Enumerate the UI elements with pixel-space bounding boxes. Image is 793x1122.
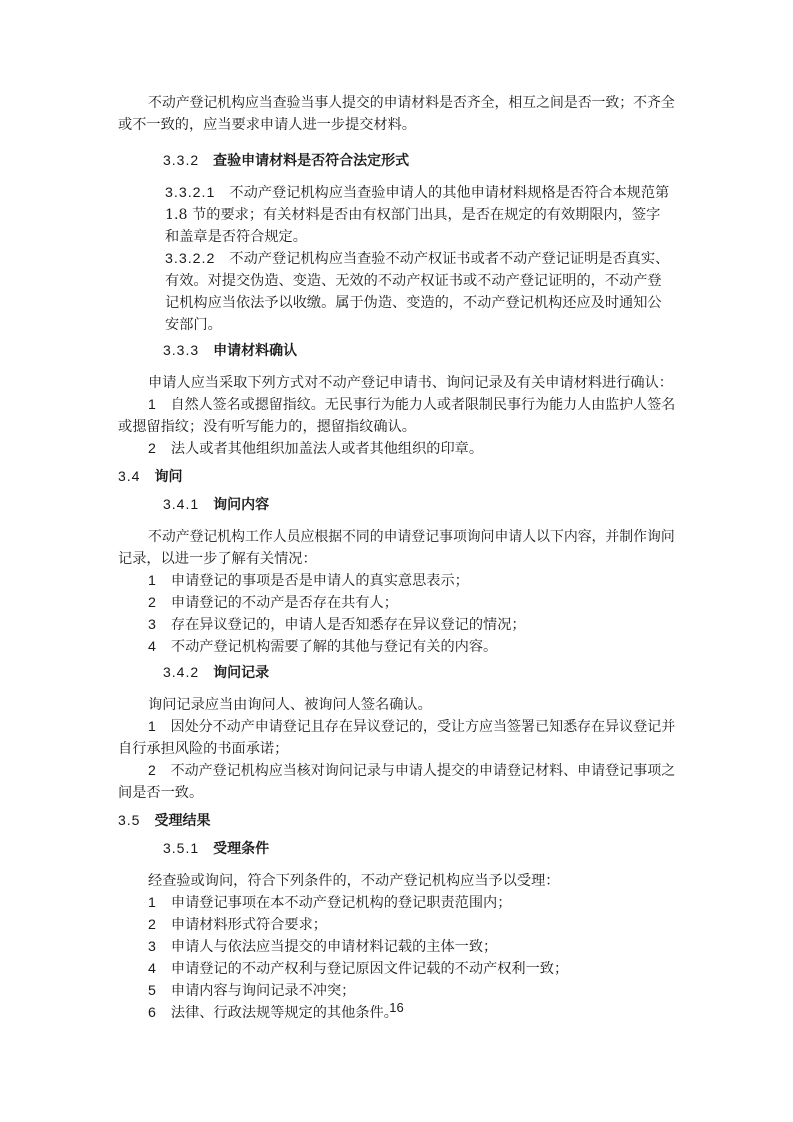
line-text: 记机构应当依法予以收缴。属于伪造、变造的，不动产登记机构还应及时通知公 (165, 295, 662, 311)
line-text: 申请登记的不动产权利与登记原因文件记载的不动产权利一致； (171, 961, 568, 977)
item-number: 3 (148, 617, 157, 633)
line-text: 因处分不动产申请登记且存在异议登记的，受让方应当签署已知悉存在异议登记并 (171, 719, 676, 735)
section-heading: 3.4询问 (118, 466, 182, 487)
paragraph-line: 3申请人与依法应当提交的申请材料记载的主体一致； (148, 937, 497, 957)
section-heading: 3.5受理结果 (118, 810, 210, 831)
section-heading: 3.3.3申请材料确认 (163, 340, 297, 361)
paragraph-line: 经查验或询问，符合下列条件的，不动产登记机构应当予以受理： (148, 871, 559, 891)
item-number: 1 (148, 573, 157, 589)
paragraph-line: 有效。对提交伪造、变造、无效的不动产权证书或不动产登记证明的，不动产登 (165, 271, 662, 291)
item-number: 3.3.2.1 (165, 185, 215, 201)
line-text: 不动产登记机构应当查验当事人提交的申请材料是否齐全，相互之间是否一致；不齐全 (148, 95, 675, 111)
heading-text: 询问记录 (213, 665, 269, 681)
paragraph-line: 2申请材料形式符合要求； (148, 915, 327, 935)
line-text: 记录，以进一步了解有关情况： (118, 551, 317, 567)
item-number: 1 (148, 895, 157, 911)
paragraph-line: 1申请登记事项在本不动产登记机构的登记职责范围内； (148, 893, 511, 913)
line-text: 自然人签名或摁留指纹。无民事行为能力人或者限制民事行为能力人由监护人签名 (171, 397, 676, 413)
paragraph-line: 1因处分不动产申请登记且存在异议登记的，受让方应当签署已知悉存在异议登记并 (148, 717, 675, 737)
paragraph-line: 自行承担风险的书面承诺； (118, 739, 288, 759)
line-text: 自行承担风险的书面承诺； (118, 741, 288, 757)
heading-text: 申请材料确认 (213, 343, 297, 359)
item-number: 4 (148, 639, 157, 655)
paragraph-line: 1自然人签名或摁留指纹。无民事行为能力人或者限制民事行为能力人由监护人签名 (148, 395, 675, 415)
item-number: 2 (148, 441, 157, 457)
section-heading: 3.5.1受理条件 (163, 838, 269, 859)
section-heading: 3.4.1询问内容 (163, 494, 269, 515)
line-text: 申请内容与询问记录不冲突； (171, 983, 355, 999)
heading-text: 受理条件 (213, 841, 269, 857)
line-text: 或摁留指纹；没有听写能力的，摁留指纹确认。 (118, 419, 416, 435)
section-number: 3.5.1 (163, 840, 199, 856)
section-number: 3.3.2 (163, 152, 199, 168)
paragraph-line: 不动产登记机构应当查验当事人提交的申请材料是否齐全，相互之间是否一致；不齐全 (148, 93, 675, 113)
paragraph-line: 申请人应当采取下列方式对不动产登记申请书、询问记录及有关申请材料进行确认： (148, 373, 673, 393)
line-text: 存在异议登记的，申请人是否知悉存在异议登记的情况； (171, 617, 526, 633)
heading-text: 询问内容 (213, 497, 269, 513)
paragraph-line: 2不动产登记机构应当核对询问记录与申请人提交的申请登记材料、申请登记事项之 (148, 761, 675, 781)
line-text: 经查验或询问，符合下列条件的，不动产登记机构应当予以受理： (148, 873, 559, 889)
paragraph-line: 或摁留指纹；没有听写能力的，摁留指纹确认。 (118, 417, 416, 437)
paragraph-line: 5申请内容与询问记录不冲突； (148, 981, 355, 1001)
item-number: 4 (148, 961, 157, 977)
heading-text: 受理结果 (154, 813, 210, 829)
paragraph-line: 4申请登记的不动产权利与登记原因文件记载的不动产权利一致； (148, 959, 568, 979)
line-text: 不动产登记机构需要了解的其他与登记有关的内容。 (171, 639, 497, 655)
paragraph-line: 1申请登记的事项是否是申请人的真实意思表示； (148, 571, 469, 591)
paragraph-line: 询问记录应当由询问人、被询问人签名确认。 (148, 695, 432, 715)
line-text: 不动产登记机构应当核对询问记录与申请人提交的申请登记材料、申请登记事项之 (171, 763, 676, 779)
paragraph-line: 3.3.2.1不动产登记机构应当查验申请人的其他申请材料规格是否符合本规范第 (165, 183, 669, 203)
line-text: 申请人应当采取下列方式对不动产登记申请书、询问记录及有关申请材料进行确认： (148, 375, 673, 391)
paragraph-line: 2申请登记的不动产是否存在共有人； (148, 593, 398, 613)
line-text: 申请登记的事项是否是申请人的真实意思表示； (171, 573, 469, 589)
paragraph-line: 间是否一致。 (118, 783, 203, 803)
paragraph-line: 和盖章是否符合规定。 (165, 227, 307, 247)
section-number: 3.4.1 (163, 496, 199, 512)
paragraph-line: 3存在异议登记的，申请人是否知悉存在异议登记的情况； (148, 615, 526, 635)
paragraph-line: 2法人或者其他组织加盖法人或者其他组织的印章。 (148, 439, 483, 459)
line-text: 间是否一致。 (118, 785, 203, 801)
line-text: 申请材料形式符合要求； (171, 917, 327, 933)
line-text: 不动产登记机构应当查验不动产权证书或者不动产登记证明是否真实、 (229, 251, 669, 267)
line-text: 和盖章是否符合规定。 (165, 229, 307, 245)
paragraph-line: 不动产登记机构工作人员应根据不同的申请登记事项询问申请人以下内容，并制作询问 (148, 527, 675, 547)
paragraph-line: 4不动产登记机构需要了解的其他与登记有关的内容。 (148, 637, 497, 657)
line-text: 1.8 节的要求；有关材料是否由有权部门出具，是否在规定的有效期限内，签字 (165, 207, 660, 223)
line-text: 申请人与依法应当提交的申请材料记载的主体一致； (171, 939, 497, 955)
section-heading: 3.4.2询问记录 (163, 662, 269, 683)
line-text: 询问记录应当由询问人、被询问人签名确认。 (148, 697, 432, 713)
item-number: 3 (148, 939, 157, 955)
paragraph-line: 安部门。 (165, 315, 222, 335)
line-text: 法人或者其他组织加盖法人或者其他组织的印章。 (171, 441, 483, 457)
paragraph-line: 或不一致的，应当要求申请人进一步提交材料。 (118, 115, 416, 135)
item-number: 5 (148, 983, 157, 999)
line-text: 申请登记事项在本不动产登记机构的登记职责范围内； (171, 895, 512, 911)
paragraph-line: 记机构应当依法予以收缴。属于伪造、变造的，不动产登记机构还应及时通知公 (165, 293, 662, 313)
heading-text: 查验申请材料是否符合法定形式 (213, 153, 409, 169)
section-number: 3.4.2 (163, 664, 199, 680)
line-text: 或不一致的，应当要求申请人进一步提交材料。 (118, 117, 416, 133)
heading-text: 询问 (154, 469, 182, 485)
section-heading: 3.3.2查验申请材料是否符合法定形式 (163, 150, 409, 171)
section-number: 3.3.3 (163, 342, 199, 358)
item-number: 2 (148, 763, 157, 779)
section-number: 3.5 (118, 812, 140, 828)
line-text: 不动产登记机构工作人员应根据不同的申请登记事项询问申请人以下内容，并制作询问 (148, 529, 675, 545)
line-text: 安部门。 (165, 317, 222, 333)
section-number: 3.4 (118, 468, 140, 484)
paragraph-line: 记录，以进一步了解有关情况： (118, 549, 317, 569)
item-number: 3.3.2.2 (165, 251, 215, 267)
line-text: 有效。对提交伪造、变造、无效的不动产权证书或不动产登记证明的，不动产登 (165, 273, 662, 289)
item-number: 1 (148, 397, 157, 413)
page-number: 16 (0, 1000, 793, 1015)
item-number: 2 (148, 917, 157, 933)
paragraph-line: 3.3.2.2不动产登记机构应当查验不动产权证书或者不动产登记证明是否真实、 (165, 249, 669, 269)
line-text: 不动产登记机构应当查验申请人的其他申请材料规格是否符合本规范第 (229, 185, 669, 201)
line-text: 申请登记的不动产是否存在共有人； (171, 595, 398, 611)
item-number: 1 (148, 719, 157, 735)
paragraph-line: 1.8 节的要求；有关材料是否由有权部门出具，是否在规定的有效期限内，签字 (165, 205, 660, 225)
item-number: 2 (148, 595, 157, 611)
